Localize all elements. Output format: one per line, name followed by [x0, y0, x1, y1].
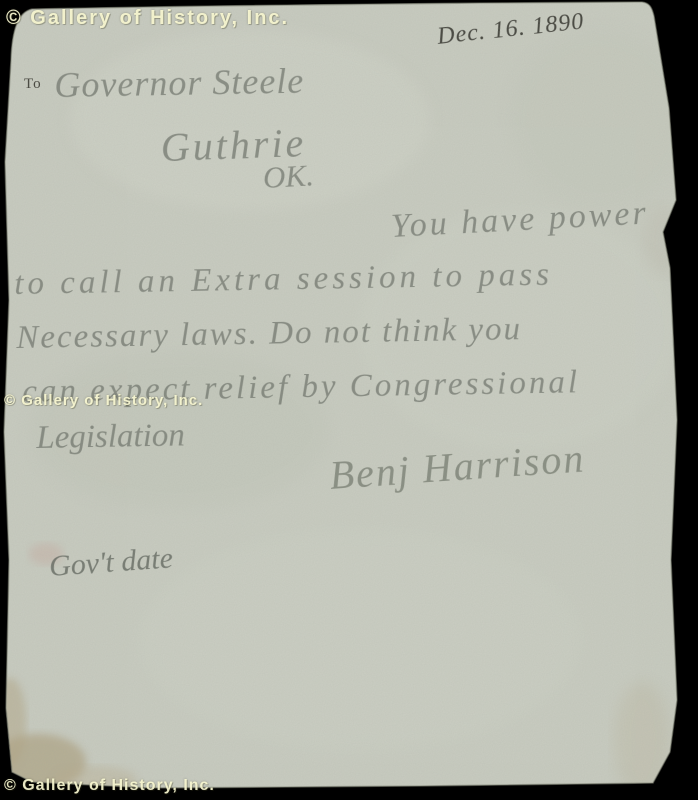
watermark-middle: © Gallery of History, Inc. — [4, 392, 203, 409]
recipient-territory: OK. — [262, 157, 315, 196]
watermark-bottom: © Gallery of History, Inc. — [4, 777, 215, 795]
to-label: To — [24, 76, 42, 93]
recipient-name: Governor Steele — [54, 60, 305, 106]
photographed-document: Dec. 16. 1890 To Governor Steele Guthrie… — [0, 0, 698, 800]
watermark-top: © Gallery of History, Inc. — [6, 7, 289, 30]
body-line-5: Legislation — [36, 417, 185, 457]
